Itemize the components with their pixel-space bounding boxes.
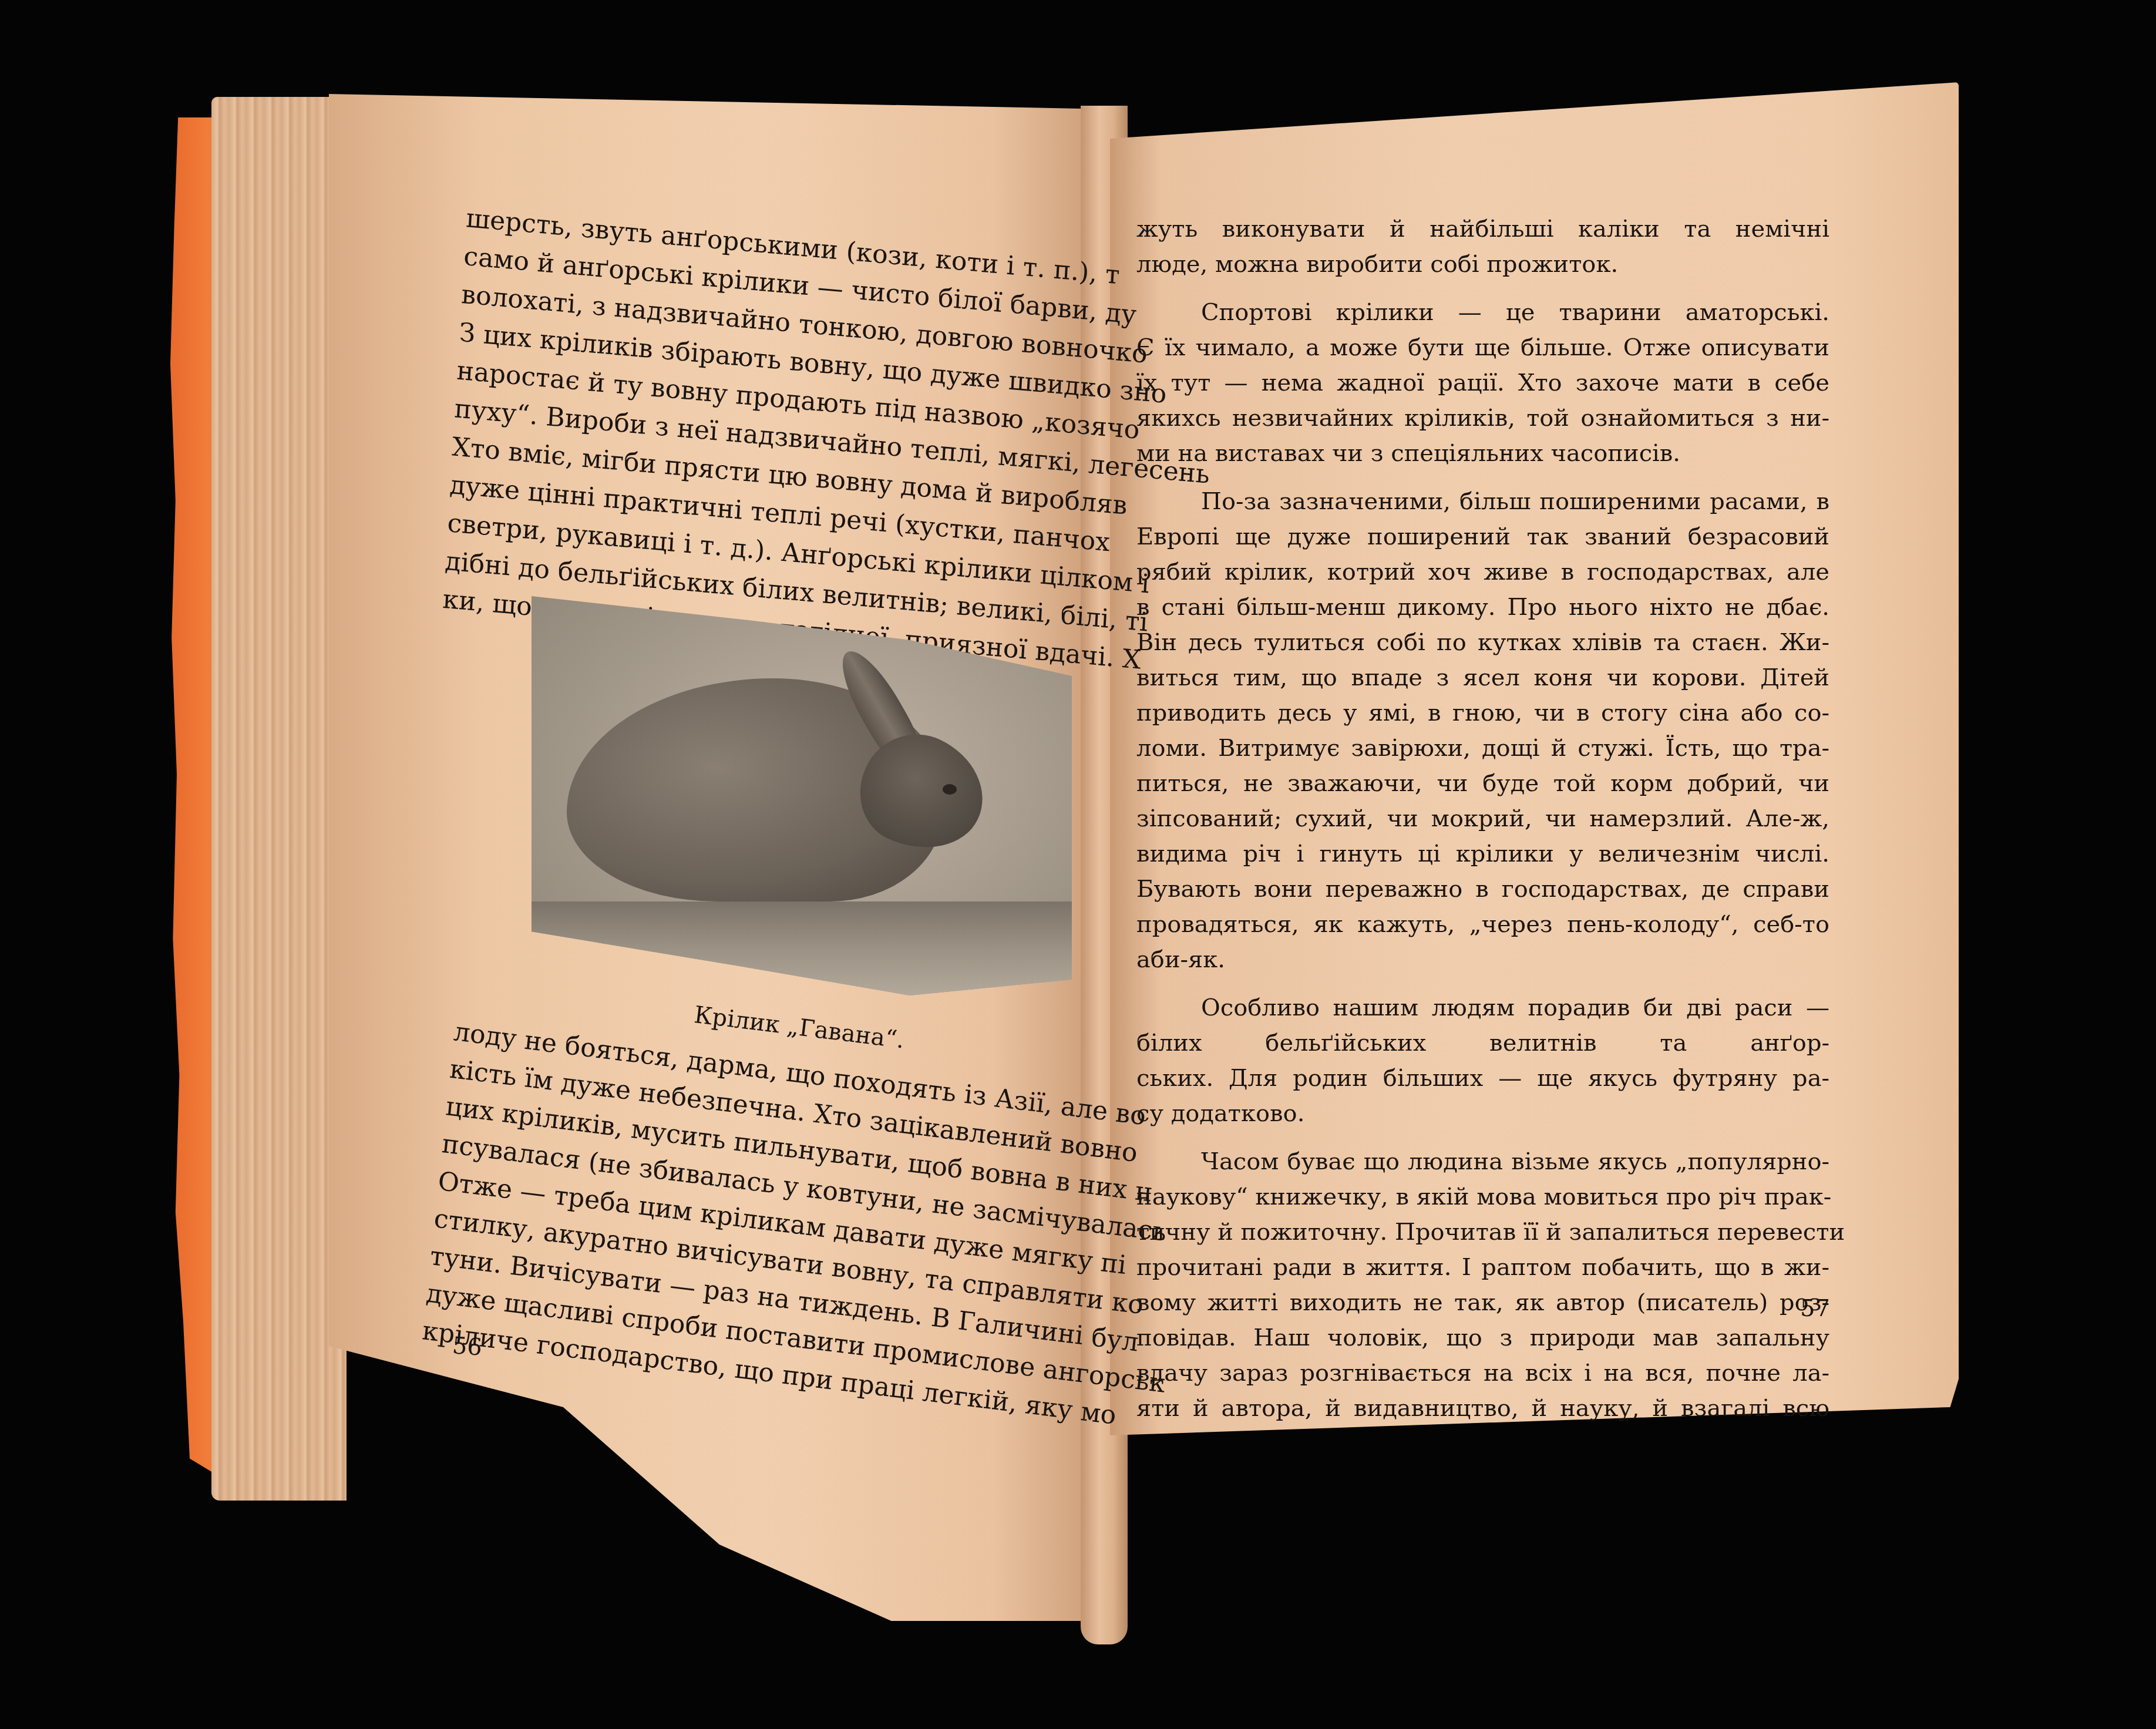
text-line: яти й автора, й видавництво, й науку, й … — [1136, 1397, 1829, 1432]
text-line: білих бельґійських велитнів та анґор- — [1136, 1031, 1829, 1067]
text-line: По-за зазначеними, більш поширеними раса… — [1136, 490, 1829, 525]
text-line: провадяться, як кажуть, „через пень-коло… — [1136, 913, 1829, 948]
text-line: люде, можна виробити собі прожиток. — [1136, 253, 1829, 288]
page-number-right: 57 — [1800, 1295, 1830, 1322]
text-line: питься, не зважаючи, чи буде той корм до… — [1136, 772, 1829, 807]
text-line: вому житті виходить не так, як автор (пи… — [1136, 1291, 1829, 1326]
text-line: аби-як. — [1136, 948, 1829, 983]
text-line: жуть виконувати й найбільші каліки та не… — [1136, 217, 1829, 253]
text-line: Особливо нашим людям порадив би дві раси… — [1136, 996, 1829, 1031]
text-line: Бувають вони переважно в господарствах, … — [1136, 877, 1829, 913]
text-line: рябий крілик, котрий хоч живе в господар… — [1136, 560, 1829, 596]
right-page-text: жуть виконувати й найбільші каліки та не… — [1136, 217, 1829, 1432]
text-line: зіпсований; сухий, чи мокрий, чи намерзл… — [1136, 807, 1829, 842]
book-photo: шерсть, звуть анґорськими (кози, коти і … — [0, 0, 2156, 1729]
text-line: в стані більш-менш дикому. Про нього ніх… — [1136, 596, 1829, 631]
text-line: видима річ і гинуть ці крілики у величез… — [1136, 842, 1829, 877]
page-number-left: 56 — [451, 1332, 483, 1361]
text-line: їх тут — нема жадної рації. Хто захоче м… — [1136, 371, 1829, 406]
rabbit-eye — [943, 784, 957, 795]
text-line: Є їх чимало, а може бути ще більше. Отже… — [1136, 336, 1829, 371]
page-stack-edges — [211, 97, 347, 1501]
text-line: Европі ще дуже поширений так званий безр… — [1136, 525, 1829, 560]
text-line: вдачу зараз розгнівається на всіх і на в… — [1136, 1361, 1829, 1397]
text-line: ми на виставах чи з спеціяльних часописі… — [1136, 442, 1829, 477]
text-line: повідав. Наш чоловік, що з природи мав з… — [1136, 1326, 1829, 1361]
text-line: тичну й пожиточну. Прочитав її й запалит… — [1136, 1220, 1829, 1256]
text-line: прочитані ради в життя. І раптом побачит… — [1136, 1256, 1829, 1291]
text-line: Він десь тулиться собі по кутках хлівів … — [1136, 631, 1829, 666]
text-line: ських. Для родин більших — ще якусь футр… — [1136, 1067, 1829, 1102]
text-line: су додатково. — [1136, 1102, 1829, 1137]
text-line: виться тим, що впаде з ясел коня чи коро… — [1136, 666, 1829, 701]
text-line: ломи. Витримує завірюхи, дощі й стужі. Ї… — [1136, 736, 1829, 772]
text-line: Спортові крілики — це тварини аматорські… — [1136, 301, 1829, 336]
text-line: наукову“ книжечку, в якій мова мовиться … — [1136, 1185, 1829, 1220]
text-line: приводить десь у ямі, в гною, чи в стогу… — [1136, 701, 1829, 736]
text-line: Часом буває що людина візьме якусь „попу… — [1136, 1150, 1829, 1185]
text-line: якихсь незвичайних кріликів, той ознайом… — [1136, 406, 1829, 442]
